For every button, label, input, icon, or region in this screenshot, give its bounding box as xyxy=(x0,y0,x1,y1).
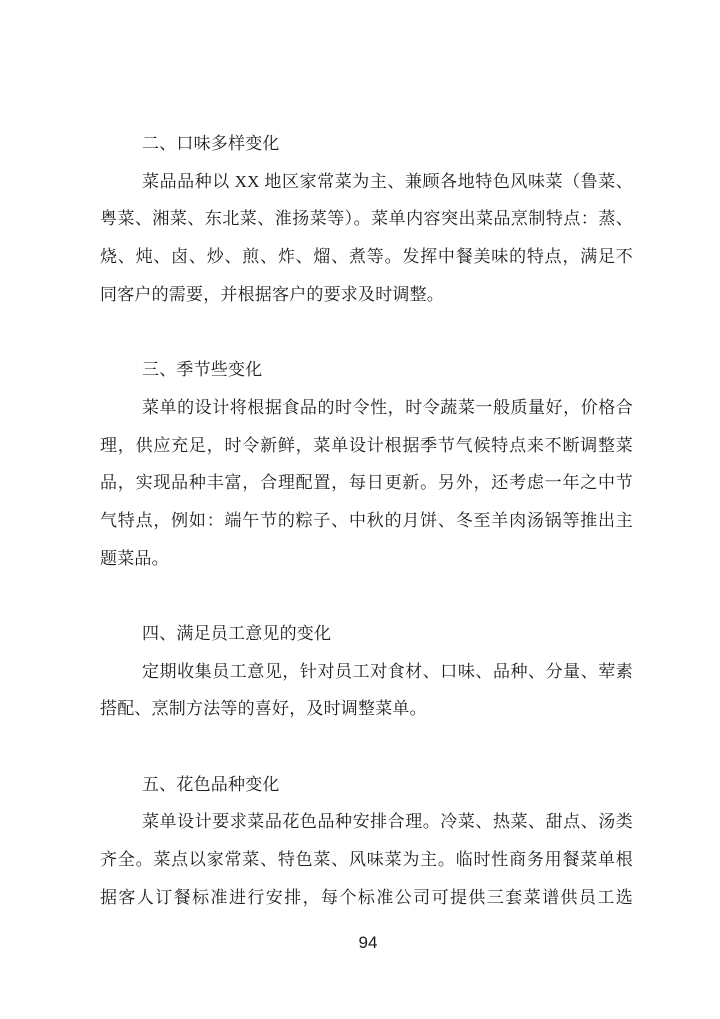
paragraph-line: 定期收集员工意见，针对员工对食材、口味、品种、分量、荤素 xyxy=(100,653,633,691)
document-section: 三、季节些变化菜单的设计将根据食品的时令性，时令蔬菜一般质量好，价格合理，供应充… xyxy=(100,351,633,577)
document-section: 五、花色品种变化菜单设计要求菜品花色品种安排合理。冷菜、热菜、甜点、汤类齐全。菜… xyxy=(100,766,633,917)
page-footer: 94 xyxy=(8,931,720,955)
document-content: 二、口味多样变化菜品品种以 XX 地区家常菜为主、兼顾各地特色风味菜（鲁菜、粤菜… xyxy=(100,125,633,916)
paragraph-line: 理，供应充足，时令新鲜，菜单设计根据季节气候特点来不断调整菜 xyxy=(100,427,633,465)
paragraph-line: 菜品品种以 XX 地区家常菜为主、兼顾各地特色风味菜（鲁菜、 xyxy=(100,163,633,201)
section-heading: 三、季节些变化 xyxy=(100,351,633,389)
paragraph-line: 齐全。菜点以家常菜、特色菜、风味菜为主。临时性商务用餐菜单根 xyxy=(100,841,633,879)
paragraph-line: 气特点，例如：端午节的粽子、中秋的月饼、冬至羊肉汤锅等推出主 xyxy=(100,502,633,540)
document-section: 四、满足员工意见的变化定期收集员工意见，针对员工对食材、口味、品种、分量、荤素搭… xyxy=(100,615,633,728)
paragraph-line: 同客户的需要，并根据客户的要求及时调整。 xyxy=(100,276,633,314)
section-heading: 二、口味多样变化 xyxy=(100,125,633,163)
paragraph-line: 菜单的设计将根据食品的时令性，时令蔬菜一般质量好，价格合 xyxy=(100,389,633,427)
paragraph-line: 烧、炖、卤、炒、煎、炸、熘、煮等。发挥中餐美味的特点，满足不 xyxy=(100,238,633,276)
document-page: 二、口味多样变化菜品品种以 XX 地区家常菜为主、兼顾各地特色风味菜（鲁菜、粤菜… xyxy=(0,0,720,1019)
paragraph-line: 据客人订餐标准进行安排，每个标准公司可提供三套菜谱供员工选 xyxy=(100,879,633,917)
paragraph-line: 菜单设计要求菜品花色品种安排合理。冷菜、热菜、甜点、汤类 xyxy=(100,803,633,841)
section-heading: 四、满足员工意见的变化 xyxy=(100,615,633,653)
paragraph-line: 题菜品。 xyxy=(100,540,633,578)
section-heading: 五、花色品种变化 xyxy=(100,766,633,804)
paragraph-line: 粤菜、湘菜、东北菜、淮扬菜等）。菜单内容突出菜品烹制特点：蒸、 xyxy=(100,200,633,238)
paragraph-line: 品，实现品种丰富，合理配置，每日更新。另外，还考虑一年之中节 xyxy=(100,464,633,502)
page-number: 94 xyxy=(359,933,378,952)
paragraph-line: 搭配、烹制方法等的喜好，及时调整菜单。 xyxy=(100,690,633,728)
document-section: 二、口味多样变化菜品品种以 XX 地区家常菜为主、兼顾各地特色风味菜（鲁菜、粤菜… xyxy=(100,125,633,313)
